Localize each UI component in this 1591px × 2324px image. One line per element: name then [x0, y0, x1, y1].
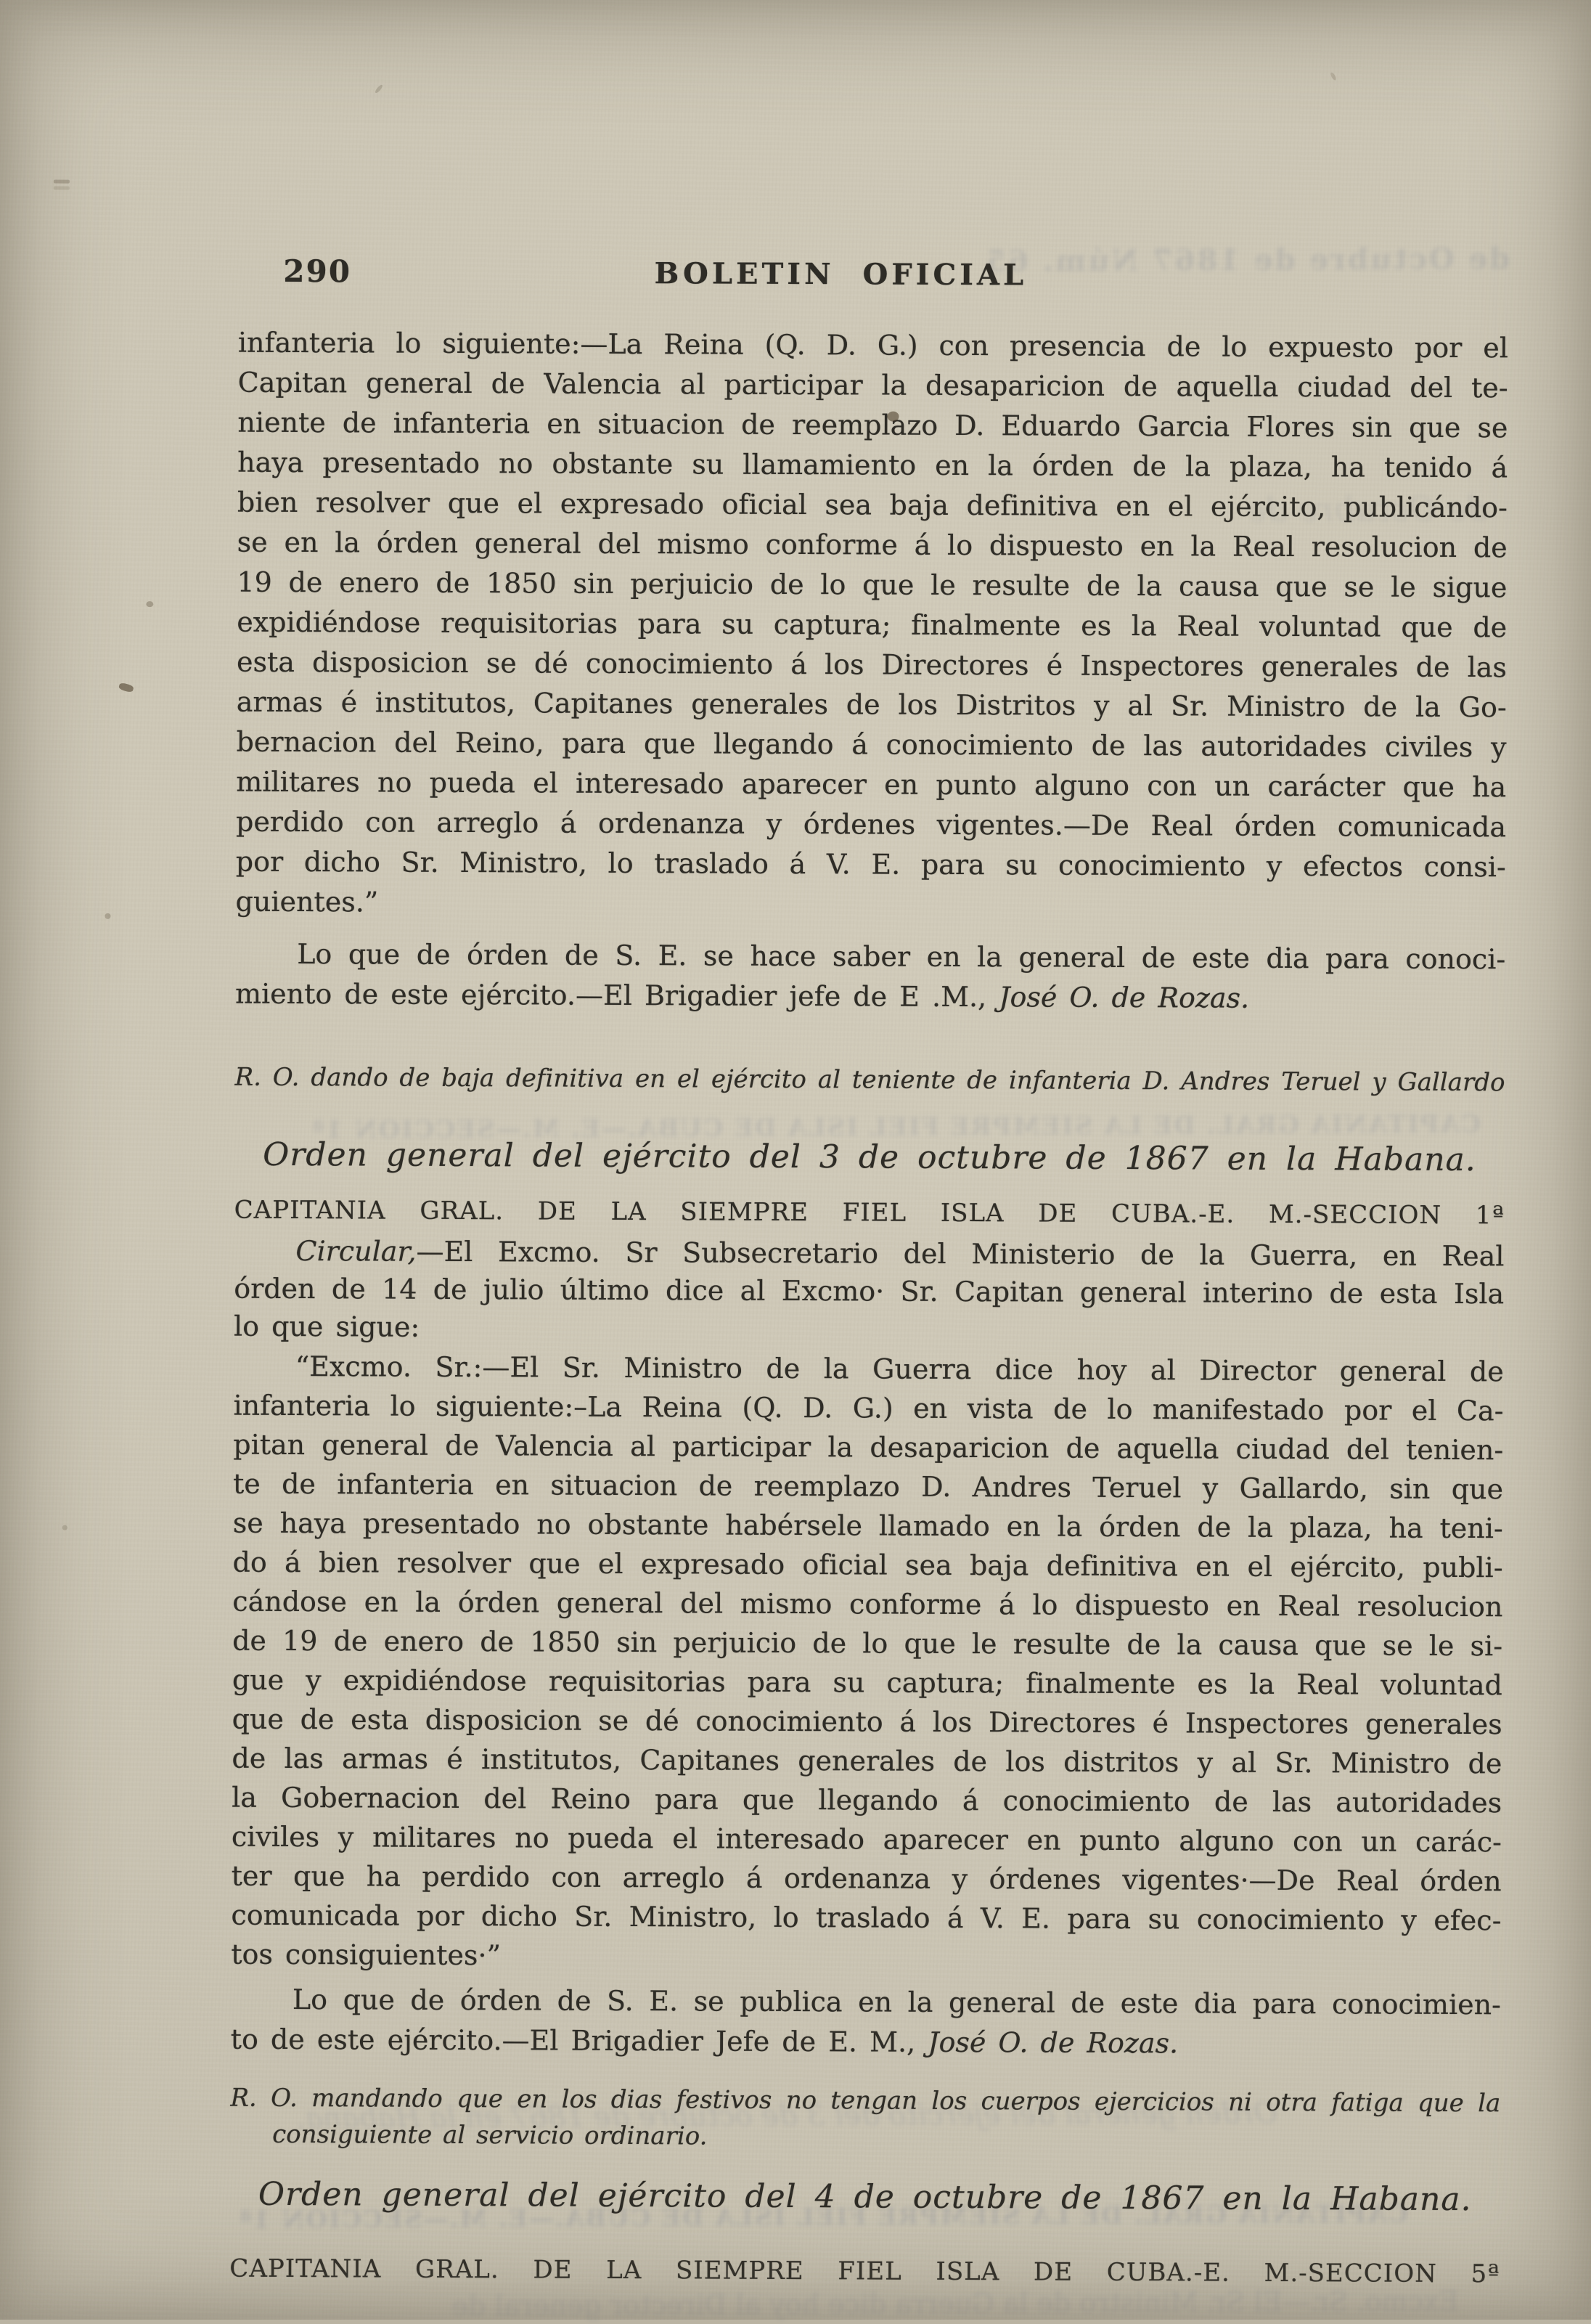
text-line: R. O. mandando que en los dias festivos …: [230, 2080, 1500, 2122]
page-content: 290 BOLETIN OFICIAL infanteria lo siguie…: [0, 0, 1591, 2320]
paragraph-royal-order-garcia-flores: infanteria lo siguiente:—La Reina (Q. D.…: [235, 323, 1508, 928]
closing-text: miento de este ejército.—El Brigadier je…: [235, 978, 999, 1014]
order-date-line-october-4: Orden general del ejército del 4 de octu…: [230, 2176, 1500, 2219]
text-line: por dicho Sr. Ministro, lo traslado á V.…: [236, 842, 1506, 888]
rubric-heading-baja-definitiva: R. O. dando de baja definitiva en el ejé…: [234, 1059, 1505, 1101]
text-line: ter que ha perdido con arreglo á ordenan…: [232, 1856, 1502, 1901]
text-line: cándose en la órden general del mismo co…: [232, 1582, 1502, 1627]
paper-speck: [105, 913, 110, 919]
text-line: consiguiente al servicio ordinario.: [230, 2116, 1500, 2158]
text-line: se haya presentado no obstante habérsele…: [233, 1504, 1503, 1549]
text-line: de 19 de enero de 1850 sin perjuicio de …: [232, 1621, 1502, 1666]
circular-rest: —El Excmo. Sr Subsecretario del Minister…: [416, 1236, 1504, 1273]
page-header: 290 BOLETIN OFICIAL: [238, 253, 1508, 303]
text-line: niente de infanteria en situacion de ree…: [237, 403, 1508, 449]
paragraph-closing-second-order: Lo que de órden de S. E. se publica en l…: [231, 1980, 1501, 2066]
text-line: Lo que de órden de S. E. se publica en l…: [231, 1980, 1501, 2026]
paragraph-circular: Circular,—El Excmo. Sr Subsecretario del…: [234, 1232, 1505, 1351]
text-line: haya presentado no obstante su llamamien…: [237, 443, 1508, 489]
paragraph-royal-order-teruel-gallardo: “Excmo. Sr.:—El Sr. Ministro de la Guerr…: [231, 1347, 1504, 1980]
signature-name: José O. de Rozas.: [928, 2026, 1178, 2060]
text-line: órden de 14 de julio último dice al Excm…: [234, 1270, 1504, 1313]
text-line: 19 de enero de 1850 sin perjuicio de lo …: [237, 563, 1507, 608]
text-line: Circular,—El Excmo. Sr Subsecretario del…: [234, 1232, 1504, 1276]
text-line: tos consiguientes·”: [231, 1935, 1501, 1980]
text-line: se en la órden general del mismo conform…: [237, 523, 1508, 568]
text-line: R. O. dando de baja definitiva en el ejé…: [234, 1059, 1505, 1101]
text-line: do á bien resolver que el expresado ofic…: [232, 1543, 1502, 1588]
ink-blot: [887, 412, 899, 422]
text-line: expidiéndose requisitorias para su captu…: [237, 603, 1507, 648]
text-line: Lo que de órden de S. E. se hace saber e…: [235, 934, 1505, 980]
text-line: esta disposicion se dé conocimiento á lo…: [237, 643, 1507, 688]
text-line: gue y expidiéndose requisitorias para su…: [232, 1660, 1502, 1705]
circular-lead: Circular,: [295, 1235, 416, 1268]
paper-mark: [54, 180, 70, 184]
paper-speck: [146, 601, 153, 607]
signature-name: José O. de Rozas.: [999, 981, 1249, 1014]
capitania-general-line-seccion-1: CAPITANIA GRAL. DE LA SIEMPRE FIEL ISLA …: [234, 1196, 1505, 1231]
capitania-general-line-seccion-5: CAPITANIA GRAL. DE LA SIEMPRE FIEL ISLA …: [229, 2254, 1500, 2289]
text-line: Capitan general de Valencia al participa…: [238, 363, 1508, 409]
text-line: “Excmo. Sr.:—El Sr. Ministro de la Guerr…: [234, 1347, 1504, 1392]
text-line: infanteria lo siguiente:–La Reina (Q. D.…: [233, 1386, 1503, 1431]
scanned-page: de Octubre de 1867 Núm. 65 de Octubre de…: [0, 0, 1591, 2320]
text-line: de las armas é institutos, Capitanes gen…: [232, 1739, 1502, 1784]
text-line: civiles y militares no pueda el interesa…: [232, 1817, 1502, 1862]
order-date-line-october-3: Orden general del ejército del 3 de octu…: [234, 1136, 1505, 1179]
page-title: BOLETIN OFICIAL: [238, 255, 1443, 294]
text-line: lo que sigue:: [234, 1308, 1504, 1351]
text-line: armas é institutos, Capitanes generales …: [237, 682, 1507, 728]
text-line: to de este ejército.—El Brigadier Jefe d…: [231, 2020, 1501, 2066]
text-line: la Gobernacion del Reino para que llegan…: [232, 1778, 1502, 1823]
text-line: bien resolver que el expresado oficial s…: [237, 483, 1508, 529]
text-line: guientes.”: [235, 882, 1505, 928]
text-line: miento de este ejército.—El Brigadier je…: [235, 974, 1505, 1020]
text-line: perdido con arreglo á ordenanza y órdene…: [236, 802, 1506, 848]
paper-speck: [724, 1756, 730, 1762]
text-line: bernacion del Reino, para que llegando á…: [236, 722, 1506, 768]
rubric-heading-dias-festivos: R. O. mandando que en los dias festivos …: [230, 2080, 1500, 2158]
text-line: que de esta disposicion se dé conocimien…: [232, 1700, 1502, 1745]
paper-speck: [118, 682, 134, 693]
text-line: pitan general de Valencia al participar …: [233, 1425, 1503, 1470]
text-line: comunicada por dicho Sr. Ministro, lo tr…: [231, 1896, 1501, 1941]
paragraph-closing-first-order: Lo que de órden de S. E. se hace saber e…: [235, 934, 1505, 1020]
paper-fiber: [1330, 72, 1337, 81]
text-line: te de infanteria en situacion de reempla…: [233, 1464, 1503, 1509]
closing-text: to de este ejército.—El Brigadier Jefe d…: [231, 2023, 928, 2058]
paper-speck: [62, 1525, 68, 1530]
paper-fiber: [375, 84, 384, 94]
text-line: infanteria lo siguiente:—La Reina (Q. D.…: [238, 323, 1508, 369]
text-line: militares no pueda el interesado aparece…: [236, 762, 1506, 808]
